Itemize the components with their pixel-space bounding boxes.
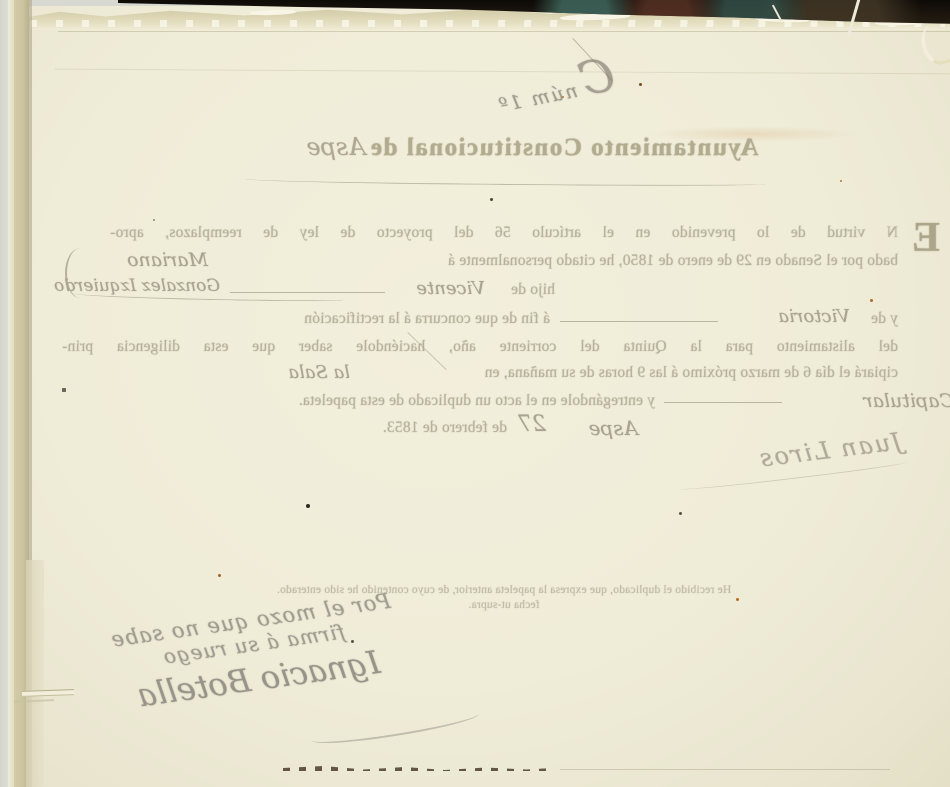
scanned-document: C núm 1º Ayuntamiento Constitucional de …: [0, 0, 950, 787]
blank-line: [560, 321, 718, 322]
date-place-handwritten: Aspe: [589, 416, 638, 440]
ink-speck: [153, 219, 155, 221]
ink-speck: [679, 512, 682, 515]
date-printed: de febrero de 1853.: [383, 419, 507, 437]
rust-speck: [639, 83, 642, 86]
rust-speck: [562, 96, 564, 98]
blank-line: [664, 402, 782, 403]
ink-speck: [306, 504, 310, 508]
rust-speck: [840, 180, 842, 182]
body-line-7: y entregándole en el acto un duplicado d…: [299, 392, 655, 410]
body-line-4: á fin de que concurra á la rectificación: [304, 310, 550, 328]
father-name-handwritten: Vicente: [416, 278, 485, 299]
heading-place-handwritten: Aspe: [306, 133, 365, 161]
bleed-through-layer: C núm 1º Ayuntamiento Constitucional de …: [0, 0, 950, 787]
body-line-6: cipiará el día 6 de marzo próximo á las …: [485, 364, 899, 382]
pencil-rubric-flourish: [310, 705, 481, 749]
place-hall-handwritten: la Sala: [288, 362, 350, 383]
name-handwritten: Mariano: [127, 249, 208, 271]
ink-speck: [62, 388, 66, 392]
date-day-handwritten: 27: [518, 412, 546, 437]
hijo-de-label: hijo de: [511, 281, 555, 299]
receipt-line-1: He recibido el duplicado, que expresa la…: [173, 584, 835, 596]
classification-letter: C: [574, 47, 619, 107]
body-line-1: N virtud de lo prevenido en el artículo …: [110, 224, 898, 242]
ink-speck: [351, 640, 354, 643]
classification-number: núm 1º: [495, 80, 579, 117]
rust-speck: [218, 574, 221, 577]
mother-name-handwritten: Victoria: [778, 306, 850, 327]
rust-speck: [870, 299, 873, 302]
classification-mark: C núm 1º: [490, 47, 619, 123]
body-line-2: bado por el Senado en 29 de enero de 185…: [448, 252, 898, 270]
heading-underline: [245, 176, 765, 187]
y-de-label: y de: [871, 310, 898, 328]
capitular-handwritten: Capitular: [864, 390, 950, 412]
drop-cap: E: [912, 218, 940, 258]
ink-speck: [490, 198, 493, 201]
heading-row: Ayuntamiento Constitucional de Aspe: [210, 133, 855, 162]
rust-speck: [736, 598, 739, 601]
bottom-faint-edge-line: [560, 769, 890, 770]
heading-printed: Ayuntamiento Constitucional de: [370, 134, 759, 161]
body-line-5: del alistamiento para la Quinta del corr…: [62, 338, 898, 356]
